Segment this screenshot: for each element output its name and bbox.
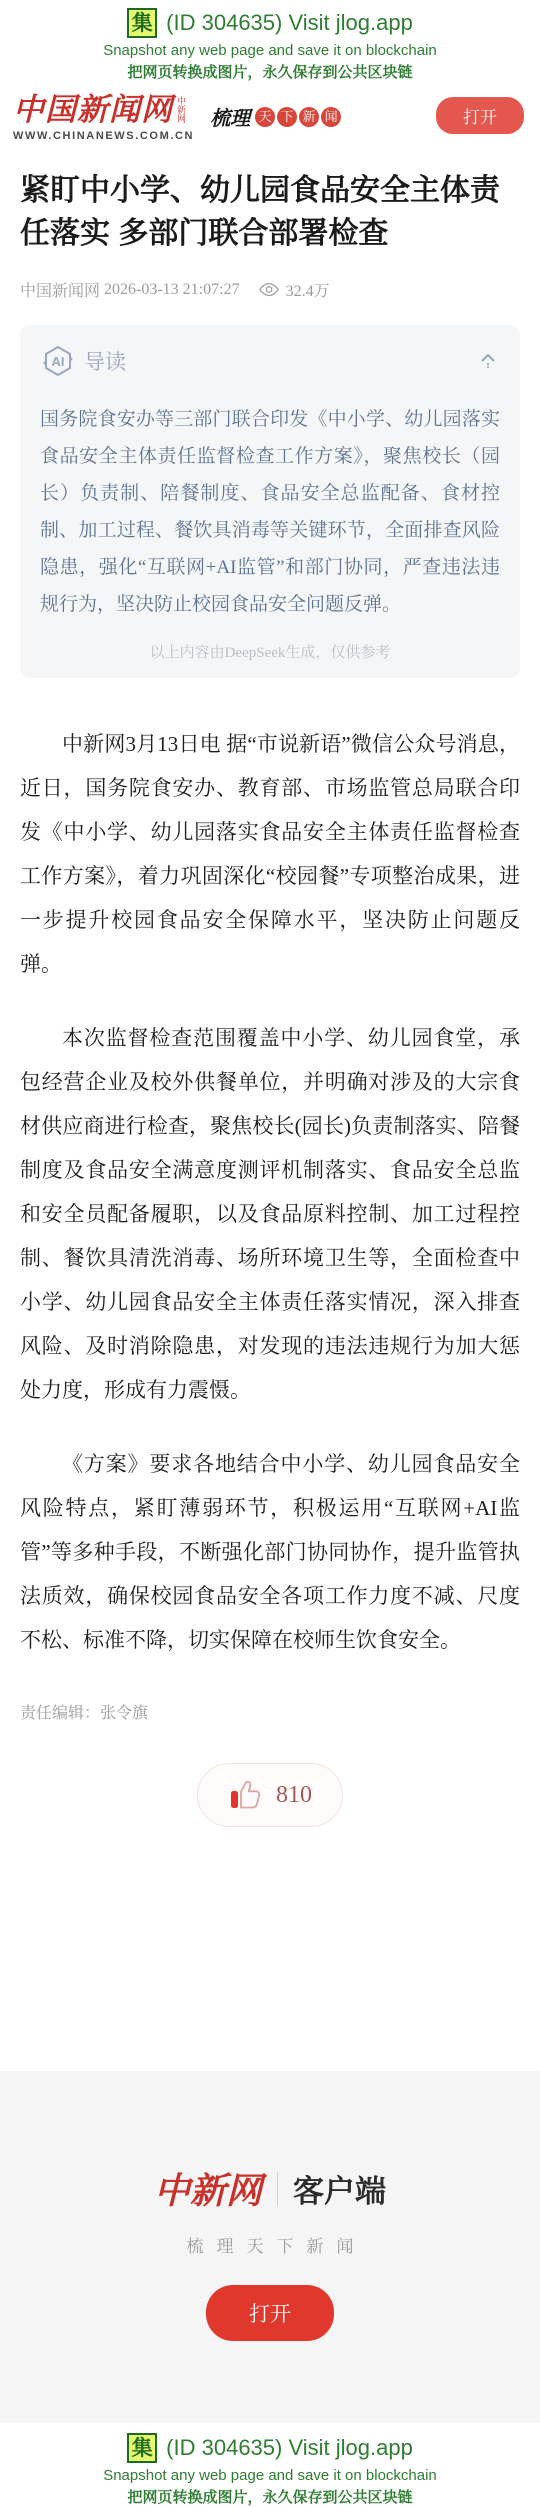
chinanews-url: WWW.CHINANEWS.COM.CN — [13, 130, 194, 142]
client-logo-row: 中新网 客户端 — [154, 2163, 386, 2214]
article-meta: 中国新闻网 2026-03-13 21:07:27 32.4万 — [20, 278, 520, 301]
jlog-banner-title[interactable]: (ID 304635) Visit jlog.app — [166, 2435, 413, 2461]
editor-line: 责任编辑：张令旗 — [20, 1700, 520, 1723]
like-count: 810 — [276, 1782, 312, 1809]
jlog-logo-icon: 集 — [127, 8, 157, 38]
slogan-stamp: 新 — [299, 107, 319, 127]
ai-digest-disclaimer: 以上内容由DeepSeek生成，仅供参考 — [40, 641, 500, 662]
ai-digest-box: AI 导读 国务院食安办等三部门联合印发《中小学、幼儿园落实食品安全主体责任监督… — [20, 325, 520, 678]
open-app-button-footer[interactable]: 打开 — [206, 2285, 334, 2341]
site-header: 中国新闻网 中新网 WWW.CHINANEWS.COM.CN 梳理 天 下 新 … — [0, 82, 540, 142]
chinanews-footer-logo: 中新网 — [154, 2163, 262, 2214]
article-datetime: 2026-03-13 21:07:27 — [104, 281, 240, 299]
jlog-banner-bottom: 集 (ID 304635) Visit jlog.app Snapshot an… — [0, 2423, 540, 2507]
chinanews-logo-side-text: 中新网 — [176, 96, 185, 123]
svg-text:AI: AI — [52, 354, 65, 369]
view-count-value: 32.4万 — [286, 278, 330, 301]
divider — [277, 2172, 278, 2206]
client-slogan: 梳理天下新闻 — [174, 2232, 367, 2257]
like-section: 810 — [0, 1763, 540, 1827]
ai-digest-label: 导读 — [84, 346, 126, 376]
article-paragraph: 本次监督检查范围覆盖中小学、幼儿园食堂，承包经营企业及校外供餐单位，并明确对涉及… — [20, 1016, 520, 1412]
jlog-banner-subtitle-en: Snapshot any web page and save it on blo… — [0, 2467, 540, 2485]
jlog-banner-link[interactable]: 集 (ID 304635) Visit jlog.app — [127, 2433, 413, 2463]
jlog-banner-link[interactable]: 集 (ID 304635) Visit jlog.app — [127, 8, 413, 38]
chinanews-logo[interactable]: 中国新闻网 中新网 WWW.CHINANEWS.COM.CN — [13, 94, 194, 142]
article-title: 紧盯中小学、幼儿园食品安全主体责任落实 多部门联合部署检查 — [20, 169, 520, 255]
slogan-stamp: 下 — [277, 107, 297, 127]
chinanews-logo-text: 中国新闻网 — [13, 94, 173, 126]
open-app-button-top[interactable]: 打开 — [436, 97, 524, 134]
ai-hexagon-icon: AI — [40, 343, 76, 379]
slogan-prefix: 梳理 — [210, 102, 250, 131]
spacer — [0, 1827, 540, 2071]
ai-digest-header: AI 导读 — [40, 343, 500, 379]
jlog-banner-subtitle-cn: 把网页转换成图片，永久保存到公共区块链 — [0, 64, 540, 82]
slogan-stamp: 天 — [255, 107, 275, 127]
jlog-banner-subtitle-en: Snapshot any web page and save it on blo… — [0, 42, 540, 60]
eye-icon — [258, 282, 280, 297]
article-paragraph: 中新网3月13日电 据“市说新语”微信公众号消息，近日，国务院食安办、教育部、市… — [20, 722, 520, 986]
app-footer: 中新网 客户端 梳理天下新闻 打开 — [0, 2071, 540, 2423]
header-slogan: 梳理 天 下 新 闻 — [210, 102, 341, 131]
jlog-logo-icon: 集 — [127, 2433, 157, 2463]
article-paragraph: 《方案》要求各地结合中小学、幼儿园食品安全风险特点，紧盯薄弱环节，积极运用“互联… — [20, 1442, 520, 1662]
view-count: 32.4万 — [258, 278, 330, 301]
article-body: 中新网3月13日电 据“市说新语”微信公众号消息，近日，国务院食安办、教育部、市… — [0, 678, 540, 1662]
page: 集 (ID 304635) Visit jlog.app Snapshot an… — [0, 0, 540, 2507]
chevron-up-icon — [478, 352, 498, 368]
jlog-banner-subtitle-cn: 把网页转换成图片，永久保存到公共区块链 — [0, 2489, 540, 2507]
jlog-banner-title[interactable]: (ID 304635) Visit jlog.app — [166, 10, 413, 36]
article-source: 中国新闻网 — [20, 278, 100, 301]
like-button[interactable]: 810 — [197, 1763, 343, 1827]
client-label: 客户端 — [293, 2166, 386, 2211]
ai-digest-content: 国务院食安办等三部门联合印发《中小学、幼儿园落实食品安全主体责任监督检查工作方案… — [40, 401, 500, 623]
collapse-digest-button[interactable] — [476, 350, 500, 373]
thumbs-up-icon — [228, 1779, 264, 1811]
jlog-banner-top: 集 (ID 304635) Visit jlog.app Snapshot an… — [0, 0, 540, 82]
slogan-stamp: 闻 — [321, 107, 341, 127]
